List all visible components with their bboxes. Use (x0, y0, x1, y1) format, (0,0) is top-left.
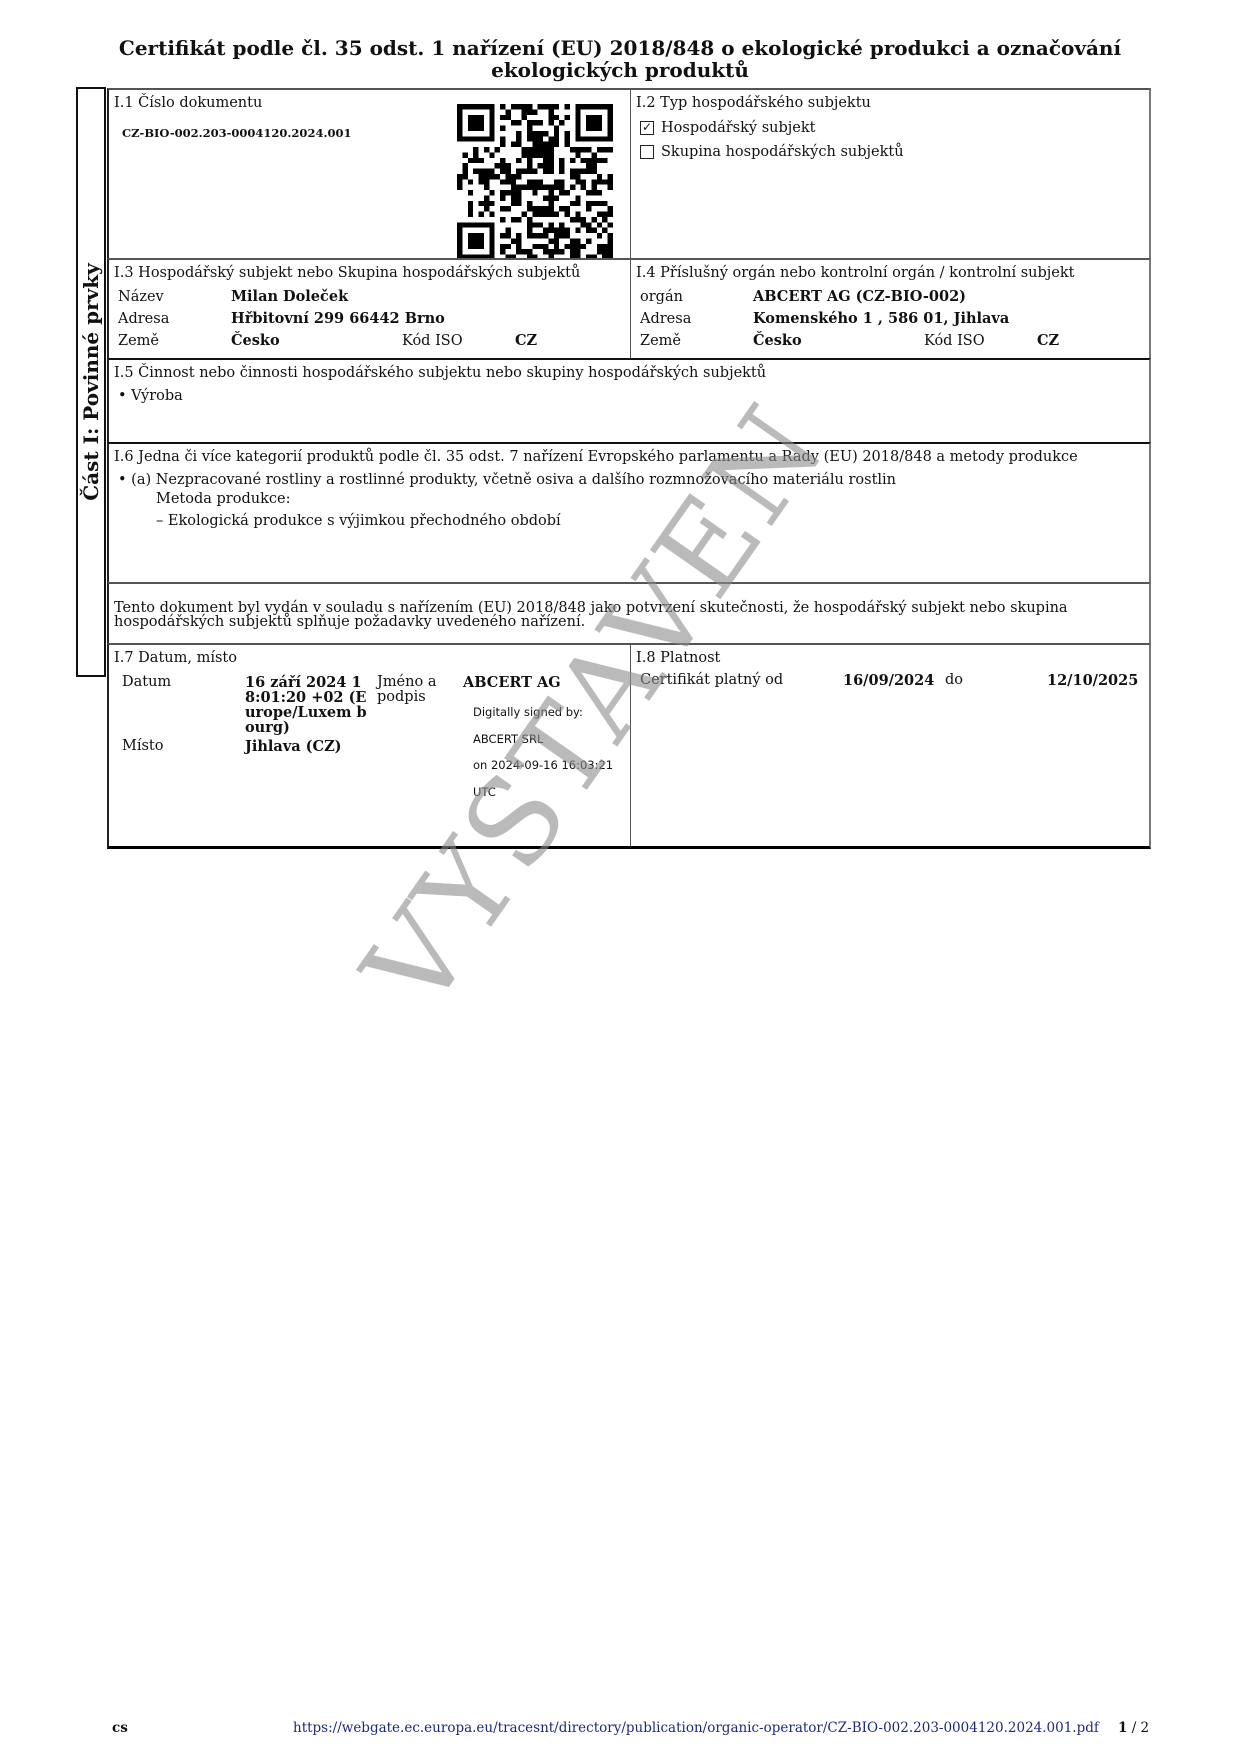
authority-address-label: Adresa (640, 308, 753, 330)
authority-address: Komenského 1 , 586 01, Jihlava (753, 308, 1144, 330)
signature-line: UTC (473, 779, 625, 806)
page-current: 1 (1118, 1720, 1127, 1736)
checkbox-operator-label: Hospodářský subjekt (661, 120, 815, 136)
section-i7-label: I.7 Datum, místo (114, 649, 625, 667)
footer-url[interactable]: https://webgate.ec.europa.eu/tracesnt/di… (293, 1720, 1099, 1736)
section-i1: I.1 Číslo dokumentu CZ-BIO-002.203-00041… (109, 90, 631, 258)
section-i7: I.7 Datum, místo Datum 16 září 2024 18:0… (109, 645, 631, 846)
section-i3-label: I.3 Hospodářský subjekt nebo Skupina hos… (114, 264, 625, 282)
production-method-label: Metoda produkce: (156, 488, 1144, 510)
digital-signature: Digitally signed by: ABCERT SRL on 2024-… (473, 699, 625, 805)
operator-address: Hřbitovní 299 66442 Brno (231, 308, 625, 330)
operator-name: Milan Doleček (231, 286, 625, 308)
footer-language: cs (112, 1720, 128, 1736)
production-method: – Ekologická produkce s výjimkou přechod… (156, 510, 1144, 532)
operator-country: Česko (231, 330, 402, 352)
authority-body: ABCERT AG (CZ-BIO-002) (753, 286, 1144, 308)
signer-name: ABCERT AG (463, 675, 625, 690)
place-label: Místo (122, 738, 245, 755)
section-i5: I.5 Činnost nebo činnosti hospodářského … (109, 360, 1149, 442)
valid-to-label: do (945, 672, 1047, 689)
section-i4: I.4 Příslušný orgán nebo kontrolní orgán… (631, 260, 1149, 358)
row-i1-i2: I.1 Číslo dokumentu CZ-BIO-002.203-00041… (107, 88, 1151, 258)
section-i8-label: I.8 Platnost (636, 649, 1144, 667)
authority-iso: CZ (1037, 330, 1144, 352)
certificate-title: Certifikát podle čl. 35 odst. 1 nařízení… (60, 37, 1180, 81)
product-category: • (a) Nezpracované rostliny a rostlinné … (118, 472, 1144, 488)
operator-country-label: Země (118, 330, 231, 352)
valid-from-label: Certifikát platný od (640, 672, 843, 689)
operator-iso-label: Kód ISO (402, 330, 515, 352)
footer-link[interactable]: https://webgate.ec.europa.eu/tracesnt/di… (293, 1720, 1099, 1736)
page-indicator: 1 / 2 (1118, 1720, 1149, 1736)
checkbox-operator: ✓ Hospodářský subjekt (640, 120, 1144, 136)
row-i6: I.6 Jedna či více kategorií produktů pod… (107, 442, 1151, 582)
activity-item: • Výroba (118, 388, 1144, 404)
section-i6: I.6 Jedna či více kategorií produktů pod… (109, 444, 1149, 582)
row-i7-i8: I.7 Datum, místo Datum 16 září 2024 18:0… (107, 643, 1151, 849)
page-separator: / (1127, 1720, 1140, 1736)
qr-code-icon (457, 104, 613, 260)
section-i6-label: I.6 Jedna či více kategorií produktů pod… (114, 448, 1144, 466)
signature-line: ABCERT SRL (473, 726, 625, 753)
section-i3: I.3 Hospodářský subjekt nebo Skupina hos… (109, 260, 631, 358)
section-i5-label: I.5 Činnost nebo činnosti hospodářského … (114, 364, 1144, 382)
signature-line: on 2024-09-16 16:03:21 (473, 752, 625, 779)
issue-place: Jihlava (CZ) (245, 738, 342, 755)
authority-country: Česko (753, 330, 924, 352)
signature-line: Digitally signed by: (473, 699, 625, 726)
authority-iso-label: Kód ISO (924, 330, 1037, 352)
checkbox-operator-group: Skupina hospodářských subjektů (640, 144, 1144, 160)
section-i2-label: I.2 Typ hospodářského subjektu (636, 94, 1144, 112)
authority-country-label: Země (640, 330, 753, 352)
operator-name-label: Název (118, 286, 231, 308)
authority-body-label: orgán (640, 286, 753, 308)
certificate-table: I.1 Číslo dokumentu CZ-BIO-002.203-00041… (107, 88, 1151, 849)
checkbox-unchecked-icon (640, 145, 654, 159)
row-i5: I.5 Činnost nebo činnosti hospodářského … (107, 358, 1151, 442)
row-statement: Tento dokument byl vydán v souladu s nař… (107, 582, 1151, 643)
operator-iso: CZ (515, 330, 625, 352)
part-label: Část I: Povinné prvky (79, 263, 103, 501)
section-i2: I.2 Typ hospodářského subjektu ✓ Hospodá… (631, 90, 1149, 258)
signer-label: Jméno a podpis (377, 675, 463, 805)
section-i8: I.8 Platnost Certifikát platný od 16/09/… (631, 645, 1149, 846)
checkbox-checked-icon: ✓ (640, 121, 654, 135)
valid-from: 16/09/2024 (843, 672, 945, 689)
page-total: 2 (1141, 1720, 1150, 1736)
section-i4-label: I.4 Příslušný orgán nebo kontrolní orgán… (636, 264, 1144, 282)
compliance-statement: Tento dokument byl vydán v souladu s nař… (109, 584, 1149, 643)
operator-address-label: Adresa (118, 308, 231, 330)
row-i3-i4: I.3 Hospodářský subjekt nebo Skupina hos… (107, 258, 1151, 358)
valid-to: 12/10/2025 (1047, 672, 1144, 689)
part-label-box: Část I: Povinné prvky (76, 87, 106, 677)
checkbox-operator-group-label: Skupina hospodářských subjektů (661, 144, 904, 160)
